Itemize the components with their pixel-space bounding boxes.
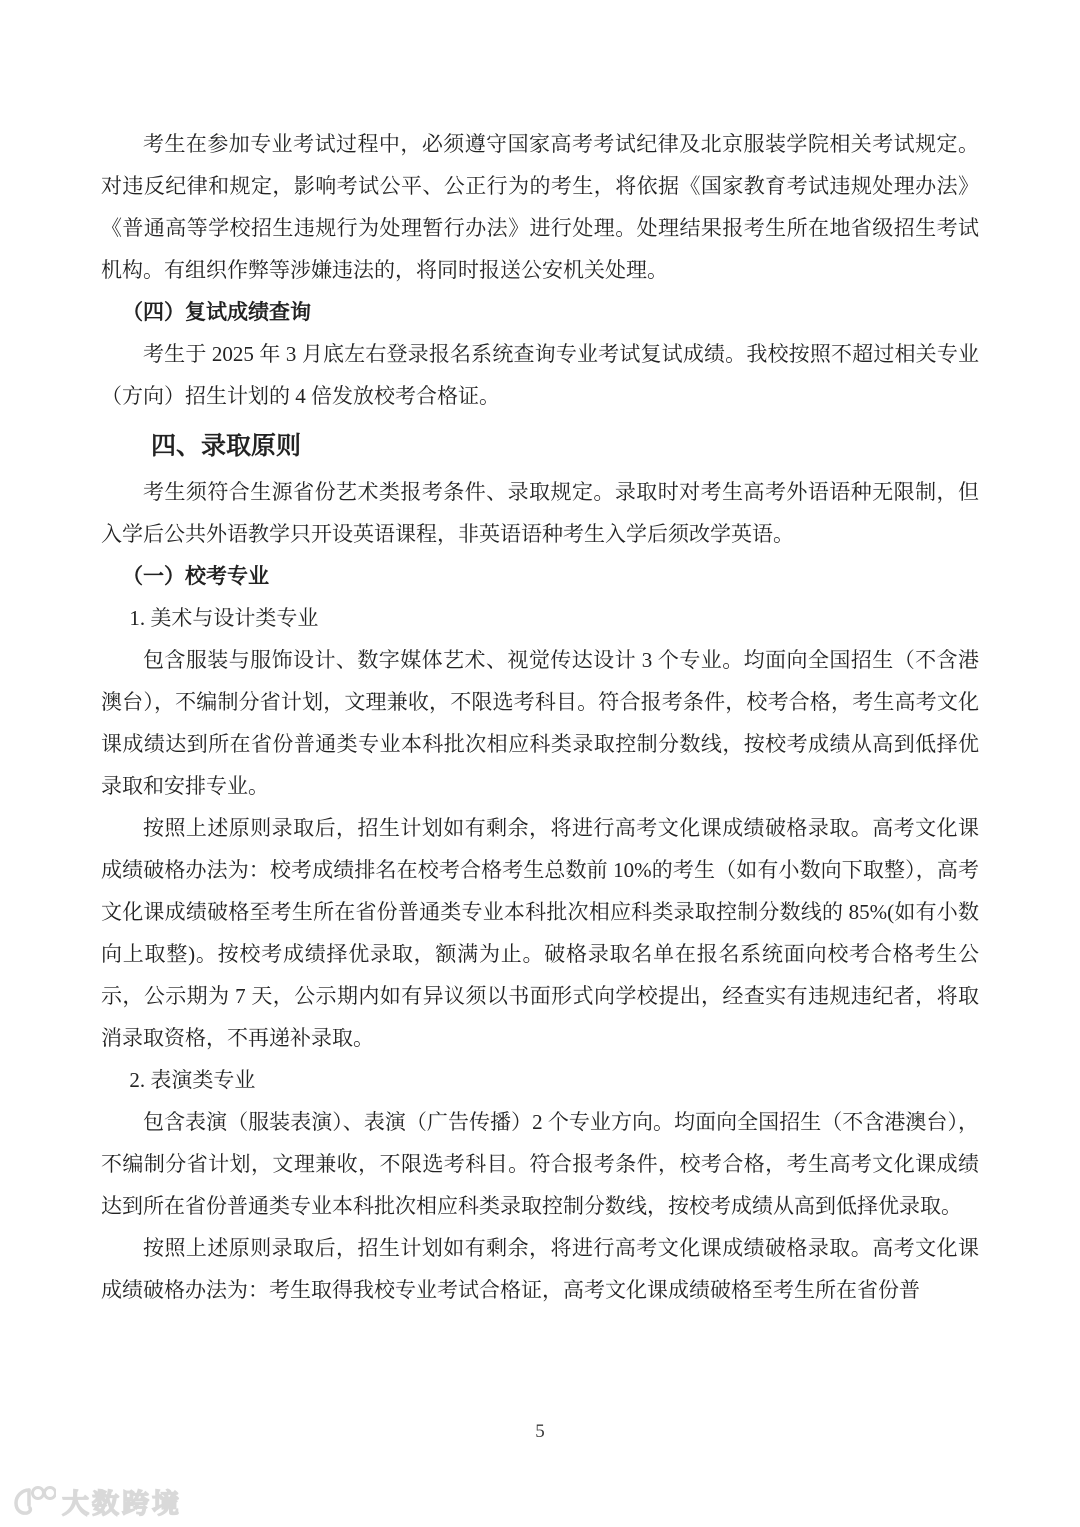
- paragraph-admission-general-rules: 考生须符合生源省份艺术类报考条件、录取规定。录取时对考生高考外语语种无限制，但入…: [101, 471, 979, 555]
- paragraph-performance-details: 包含表演（服装表演）、表演（广告传播）2 个专业方向。均面向全国招生（不含港澳台…: [101, 1101, 979, 1227]
- document-page: 考生在参加专业考试过程中，必须遵守国家高考考试纪律及北京服装学院相关考试规定。对…: [0, 0, 1080, 1527]
- paragraph-exam-discipline: 考生在参加专业考试过程中，必须遵守国家高考考试纪律及北京服装学院相关考试规定。对…: [101, 123, 979, 291]
- paragraph-art-design-details: 包含服装与服饰设计、数字媒体艺术、视觉传达设计 3 个专业。均面向全国招生（不含…: [101, 639, 979, 807]
- item-art-design-majors: 1. 美术与设计类专业: [101, 597, 979, 639]
- page-number: 5: [0, 1421, 1080, 1443]
- watermark-100-logo-icon: [8, 1483, 56, 1524]
- heading-school-exam-majors: （一）校考专业: [101, 555, 979, 597]
- document-body: 考生在参加专业考试过程中，必须遵守国家高考考试纪律及北京服装学院相关考试规定。对…: [0, 0, 1080, 1311]
- heading-retest-score-inquiry: （四）复试成绩查询: [101, 291, 979, 333]
- heading-admission-principles: 四、录取原则: [101, 423, 979, 471]
- paragraph-art-design-exception-admission: 按照上述原则录取后，招生计划如有剩余，将进行高考文化课成绩破格录取。高考文化课成…: [101, 807, 979, 1059]
- watermark: 大数跨境: [8, 1483, 182, 1524]
- watermark-text: 大数跨境: [62, 1487, 182, 1521]
- paragraph-retest-score-release: 考生于 2025 年 3 月底左右登录报名系统查询专业考试复试成绩。我校按照不超…: [101, 333, 979, 417]
- item-performance-majors: 2. 表演类专业: [101, 1059, 979, 1101]
- paragraph-performance-exception-admission: 按照上述原则录取后，招生计划如有剩余，将进行高考文化课成绩破格录取。高考文化课成…: [101, 1227, 979, 1311]
